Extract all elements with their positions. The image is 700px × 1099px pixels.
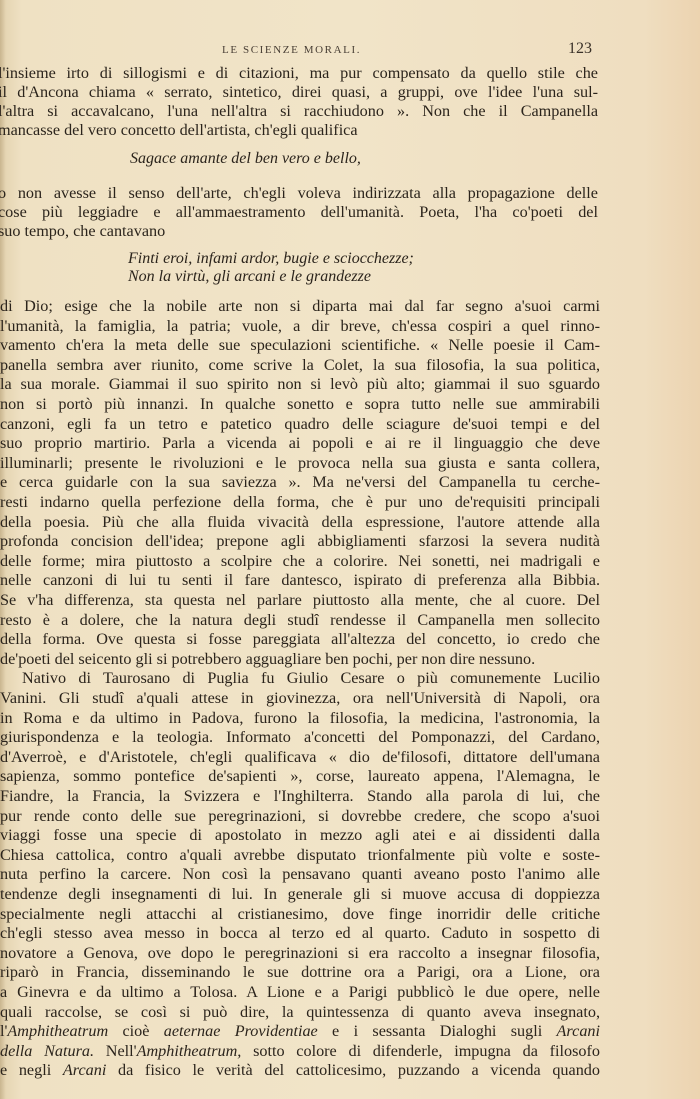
- text-line: Se v'ha differenza, sta questa nel parla…: [0, 591, 600, 609]
- text-line: o non avesse il senso dell'arte, ch'egli…: [0, 184, 598, 202]
- text-line: della Natura. Nell'Amphitheatrum, sotto …: [0, 1042, 600, 1060]
- verse-line: Finti eroi, infami ardor, bugie e sciocc…: [128, 250, 414, 268]
- text-line: viaggi fosse una specie di apostolato in…: [0, 826, 600, 844]
- text-line: Vanini. Gli studî a'quali attese in giov…: [0, 689, 600, 707]
- text-line: resti indarno quella perfezione della fo…: [0, 493, 600, 511]
- text-line: l'insieme irto di sillogismi e di citazi…: [0, 64, 598, 82]
- verse-line: Sagace amante del ben vero e bello,: [130, 150, 361, 168]
- text-line: la sua morale. Giammai il suo spirito no…: [0, 375, 600, 393]
- text-line: suo proprio martirio. Parla a vicenda ai…: [0, 434, 600, 452]
- text-line: tendenze degli insegnamenti di lui. In g…: [0, 885, 600, 903]
- page-number: 123: [568, 40, 592, 58]
- text-line: cose più leggiadre e all'ammaestramento …: [0, 203, 598, 221]
- text-line: Nativo di Taurosano di Puglia fu Giulio …: [0, 669, 600, 687]
- verse-line: Non la virtù, gli arcani e le grandezze: [128, 268, 371, 286]
- text-line: delle forme; mira piuttosto a scolpire c…: [0, 552, 600, 570]
- text-line: canzoni, egli fa un tetro e patetico qua…: [0, 415, 600, 433]
- text-line: d'Averroè, e d'Aristotele, ch'egli quali…: [0, 748, 600, 766]
- text-line: pur rende conto delle sue peregrinazioni…: [0, 807, 600, 825]
- text-line: e negli Arcani da fisico le verità del c…: [0, 1061, 600, 1079]
- text-line: nuta perfino la carcere. Non così la pen…: [0, 865, 600, 883]
- page-header: LE SCIENZE MORALI. 123: [0, 40, 700, 60]
- text-line: resto è a dolere, che la natura degli st…: [0, 611, 600, 629]
- text-line: ch'egli stesso avea messo in bocca al te…: [0, 924, 600, 942]
- text-line: de'poeti del seicento gli si potrebbero …: [0, 650, 600, 668]
- text-line: di Dio; esige che la nobile arte non si …: [0, 297, 600, 315]
- text-line: della poesia. Più che alla fluida vivaci…: [0, 513, 600, 531]
- text-line: novatore a Genova, ove dopo le peregrina…: [0, 944, 600, 962]
- text-line: non si portò più innanzi. In qualche son…: [0, 395, 600, 413]
- text-line: riparò in Francia, disseminando le sue d…: [0, 963, 600, 981]
- text-line: mancasse del vero concetto dell'artista,…: [0, 121, 598, 139]
- text-line: specialmente negli attacchi al cristiane…: [0, 905, 600, 923]
- text-line: vamento ch'era la meta delle sue specula…: [0, 336, 600, 354]
- text-line: Chiesa cattolica, contro a'quali avrebbe…: [0, 846, 600, 864]
- text-line: l'Amphitheatrum cioè aeternae Providenti…: [0, 1022, 600, 1040]
- text-line: Fiandre, la Francia, la Svizzera e l'Ing…: [0, 787, 600, 805]
- text-line: quali raccolse, se così si può dire, la …: [0, 1003, 600, 1021]
- text-line: a Ginevra e da ultimo a Tolosa. A Lione …: [0, 983, 600, 1001]
- text-line: illuminarli; presente le rivoluzioni e l…: [0, 454, 600, 472]
- text-line: giurispondenza e la teologia. Informato …: [0, 728, 600, 746]
- text-line: panella sembra aver riunito, come scrive…: [0, 356, 600, 374]
- text-line: l'umanità, la famiglia, la patria; vuole…: [0, 317, 600, 335]
- text-line: in Roma e da ultimo in Padova, furono la…: [0, 709, 600, 727]
- running-head: LE SCIENZE MORALI.: [222, 44, 361, 56]
- text-line: della forma. Ove questa si fosse pareggi…: [0, 630, 600, 648]
- book-page: LE SCIENZE MORALI. 123 l'insieme irto di…: [0, 0, 700, 1099]
- text-line: profonda concision dell'idea; prepone ag…: [0, 532, 600, 550]
- text-line: suo tempo, che cantavano: [0, 222, 598, 240]
- text-line: sapienza, sommo pontefice de'sapienti »,…: [0, 767, 600, 785]
- text-line: l'altra si accavalcano, l'una nell'altra…: [0, 102, 598, 120]
- text-line: nelle canzoni di lui tu senti il fare da…: [0, 571, 600, 589]
- text-line: e cerca guidarle con la sua saviezza ». …: [0, 473, 600, 491]
- text-line: il d'Ancona chiama « serrato, sintetico,…: [0, 83, 598, 101]
